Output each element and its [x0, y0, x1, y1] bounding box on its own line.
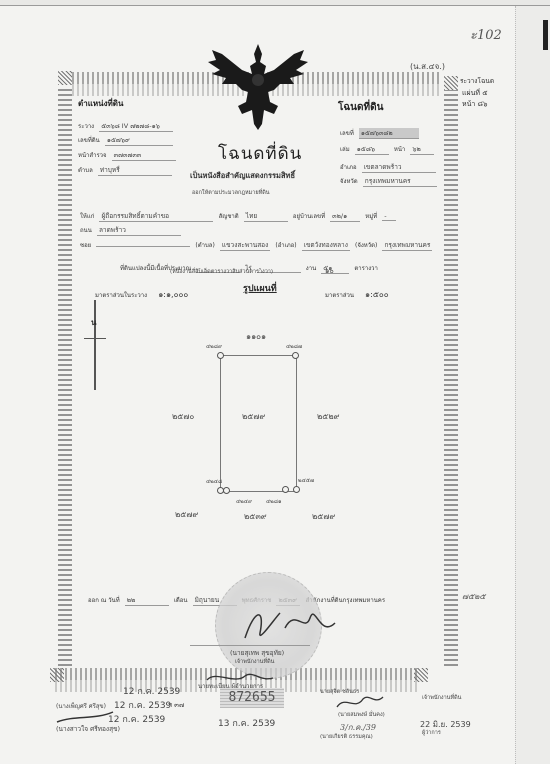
- boundary-pin: [293, 486, 300, 493]
- north-arrow-crossbar: [84, 338, 106, 339]
- parcel-number-left: ๒๕๗๐: [172, 410, 194, 423]
- address-line: ซอย (ตำบล) แขวงสะพานสอง (อำเภอ) เขตวังทอ…: [80, 232, 440, 251]
- corner-note: ะ102: [470, 24, 502, 45]
- pin-label: ๔๒๘๑: [266, 498, 282, 506]
- month-label: เดือน: [174, 597, 188, 604]
- area-line: ที่ดินแปลงนี้มีเนื้อที่ประมาณ - ไร่ - งา…: [120, 255, 440, 274]
- border-right: [444, 90, 458, 666]
- main-title: โฉนดที่ดิน: [218, 140, 302, 167]
- boundary-pin: [292, 352, 299, 359]
- pin-label: ๒๔๕๗: [298, 477, 314, 485]
- deed-row: จังหวัด กรุงเทพมหานคร: [340, 168, 437, 187]
- location-heading: ตำแหน่งที่ดิน: [78, 97, 123, 110]
- parcel-number-bottom-right: ๒๕๗๙: [312, 510, 335, 523]
- border-corner-tl: [58, 71, 72, 85]
- north-arrow-icon: [94, 300, 96, 390]
- given-label: ออก ณ วันที่: [88, 597, 120, 604]
- scale-left: มาตราส่วนในระวาง ๑:๑,๐๐๐: [95, 282, 188, 301]
- margin-label: ระวางโฉนด: [460, 76, 494, 86]
- scale-left-label: มาตราส่วนในระวาง: [95, 292, 147, 299]
- location-label: ตำบล: [78, 167, 93, 174]
- nationality-label: สัญชาติ: [219, 213, 239, 220]
- border-left: [58, 86, 72, 666]
- parcel-outline: [220, 355, 297, 492]
- parcel-number-bottom-center: ๒๕๓๙: [244, 510, 267, 523]
- parcel-number-top: ๑๑๐๑: [246, 330, 266, 343]
- right-name: (นายสมพงษ์ มั่นคง): [338, 711, 385, 719]
- house-label: อยู่บ้านเลขที่: [293, 213, 325, 220]
- right-name-2: (นายเกียรติ ธรรมคุณ): [320, 733, 373, 741]
- official-name: (นายสุเทพ สุขอุทัย): [230, 648, 284, 658]
- deed-province: กรุงเทพมหานคร: [363, 176, 437, 187]
- official-title: เจ้าพนักงานที่ดิน: [235, 658, 274, 666]
- pin-label: ๔๒๔๙: [236, 498, 252, 506]
- issue-day: ๒๒: [125, 595, 169, 606]
- pin-label: ๔๒๔๘: [206, 478, 222, 486]
- deed-label: เล่ม: [340, 146, 350, 153]
- scale-right-value: ๑:๕๐๐: [365, 290, 389, 299]
- caption: ออกให้ตามประมวลกฎหมายที่ดิน: [192, 189, 270, 197]
- tambon-value: แขวงสะพานสอง: [220, 240, 270, 251]
- official-signature-icon: [240, 598, 340, 648]
- wa-label: ตารางวา: [354, 265, 378, 272]
- tambon-label: (ตำบล): [195, 242, 214, 249]
- amphoe-label: (อำเภอ): [275, 242, 296, 249]
- far-right-label: เจ้าพนักงานที่ดิน: [422, 694, 461, 702]
- amphoe-value: เขตวังทองหลาง: [302, 240, 350, 251]
- deed-page-label: หน้า: [394, 146, 405, 153]
- border-corner-tr: [444, 76, 458, 90]
- scale-right: มาตราส่วน ๑:๕๐๐: [325, 282, 389, 301]
- border-corner-bl: [50, 668, 64, 682]
- north-label: น: [91, 316, 96, 329]
- serial-number: 872655: [220, 688, 284, 708]
- garuda-emblem-icon: [204, 40, 312, 130]
- footer-extra: ฯ ๓๗: [168, 700, 184, 711]
- boundary-pin: [217, 352, 224, 359]
- footer-date: 12 ก.ค. 2539: [114, 698, 171, 712]
- binding-mark: [543, 20, 548, 50]
- area-fraction: ๑๐: [325, 266, 334, 277]
- location-row: ตำบล ท่าบุหรี่: [78, 157, 172, 176]
- footer-name: (นางสาวใจ ศรีทองสุข): [56, 724, 120, 734]
- province-label: (จังหวัด): [355, 242, 377, 249]
- soi-label: ซอย: [80, 242, 91, 249]
- far-right-title: ผู้ว่าการ: [422, 729, 441, 737]
- moo-label: หมู่ที่: [365, 213, 377, 220]
- nationality-value: ไทย: [244, 211, 288, 222]
- scale-right-label: มาตราส่วน: [325, 292, 354, 299]
- ngan-label: งาน: [306, 265, 316, 272]
- parcel-number-center: ๒๕๗๙: [242, 410, 265, 423]
- soi-value: [96, 246, 190, 247]
- province-value: กรุงเทพมหานคร: [382, 240, 432, 251]
- parcel-number-right: ๒๕๒๙: [317, 410, 339, 423]
- deed-heading: โฉนดที่ดิน: [338, 100, 383, 115]
- house-value: ๓๒/๑: [330, 211, 360, 222]
- margin-sheet: แผ่นที่ ๕: [462, 88, 488, 99]
- deed-label: จังหวัด: [340, 178, 358, 185]
- location-value: ท่าบุหรี่: [98, 165, 172, 176]
- center-date: 13 ก.ค. 2539: [218, 716, 275, 730]
- moo-value: -: [382, 212, 396, 221]
- margin-page: หน้า ๘๖: [462, 99, 487, 110]
- adjacent-page-strip: [515, 6, 550, 764]
- border-corner-br: [414, 668, 428, 682]
- margin-number: ๗๕๒๕: [462, 590, 485, 603]
- boundary-pin: [282, 486, 289, 493]
- map-heading: รูปแผนที่: [243, 281, 277, 295]
- signature-icon: [335, 693, 385, 711]
- footer-date: 12 ก.ค. 2539: [123, 684, 180, 698]
- signature-line: [190, 645, 310, 646]
- pin-label: ๔๒๘๙: [206, 343, 222, 351]
- deed-row: เล่ม ๑๕๘๖ หน้า ๖๒: [340, 136, 434, 155]
- pin-label: ๔๒๘๗: [286, 343, 302, 351]
- signature-icon: [55, 710, 115, 725]
- area-note: (หนึ่งงานสี่สิบเอ็ดตารางวาสิบส่วนตารางวา…: [170, 268, 273, 276]
- scale-left-value: ๑:๑,๐๐๐: [158, 290, 188, 299]
- parcel-number-bottom-left: ๒๕๗๙: [175, 508, 198, 521]
- subtitle: เป็นหนังสือสำคัญแสดงกรรมสิทธิ์: [190, 170, 295, 182]
- boundary-pin: [223, 487, 230, 494]
